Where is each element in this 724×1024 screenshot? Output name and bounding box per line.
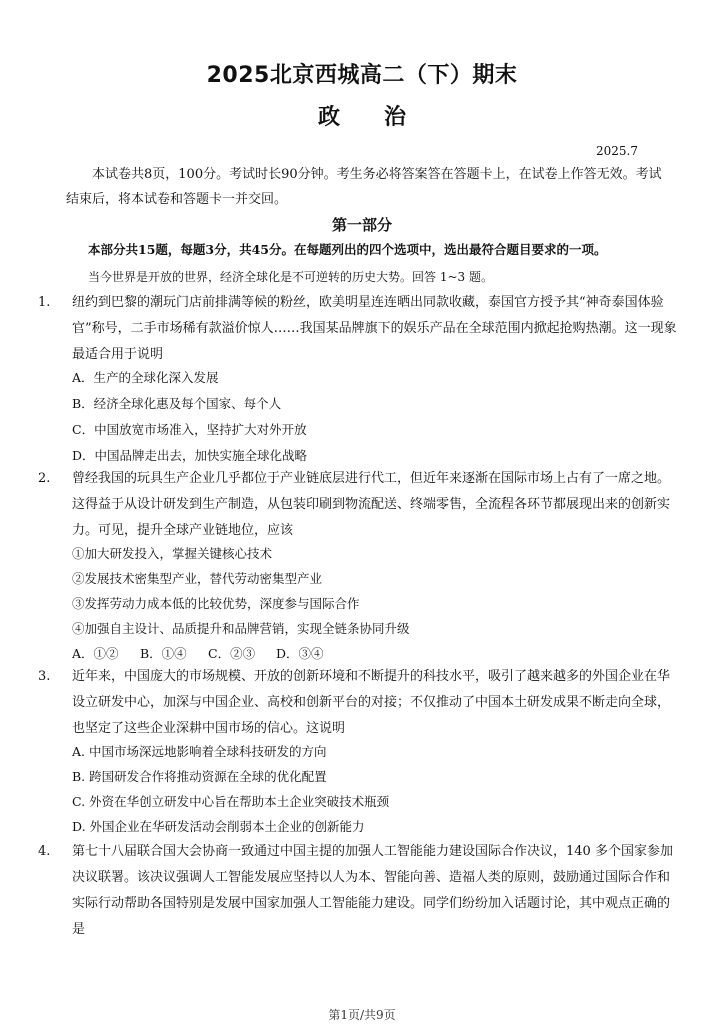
option-d: D. 外国企业在华研发活动会削弱本土企业的创新能力 <box>72 817 365 835</box>
question-number: 4. <box>38 839 50 865</box>
option-d: D．③④ <box>276 644 344 662</box>
subject-char: 政 <box>318 105 340 130</box>
option-c: C．中国放宽市场准入，坚持扩大对外开放 <box>72 420 307 438</box>
question-number: 2. <box>38 466 50 492</box>
statement-4: ④加强自主设计、品质提升和品牌营销，实现全链条协同升级 <box>72 619 410 637</box>
option-a: A．①② <box>72 644 140 662</box>
option-b: B．经济全球化惠及每个国家、每个人 <box>72 394 281 412</box>
question-1: 1. 纽约到巴黎的潮玩门店前排满等候的粉丝，欧美明星连连晒出同款收藏，泰国官方授… <box>38 290 678 368</box>
question-2: 2. 曾经我国的玩具生产企业几乎都位于产业链底层进行代工，但近年来逐渐在国际市场… <box>38 466 678 544</box>
question-stem: 纽约到巴黎的潮玩门店前排满等候的粉丝，欧美明星连连晒出同款收藏，泰国官方授予其“… <box>72 290 678 368</box>
question-stem: 曾经我国的玩具生产企业几乎都位于产业链底层进行代工，但近年来逐渐在国际市场上占有… <box>72 466 678 544</box>
statement-2: ②发展技术密集型产业，替代劳动密集型产业 <box>72 569 322 587</box>
option-b: B. 跨国研发合作将推动资源在全球的优化配置 <box>72 767 327 785</box>
statement-1: ①加大研发投入，掌握关键核心技术 <box>72 544 272 562</box>
option-c: C．②③ <box>208 644 276 662</box>
option-a: A．生产的全球化深入发展 <box>72 368 219 386</box>
page-footer: 第1页/共9页 <box>0 1006 724 1023</box>
statement-3: ③发挥劳动力成本低的比较优势，深度参与国际合作 <box>72 594 360 612</box>
exam-intro: 本试卷共8页，100分。考试时长90分钟。考生务必将答案答在答题卡上，在试卷上作… <box>66 162 666 212</box>
option-d: D．中国品牌走出去，加快实施全球化战略 <box>72 446 307 464</box>
subject-title: 政治 <box>0 100 724 131</box>
group-lead: 当今世界是开放的世界，经济全球化是不可逆转的历史大势。回答 1~3 题。 <box>88 268 493 285</box>
exam-title: 2025北京西城高二（下）期末 <box>0 58 724 89</box>
question-number: 3. <box>38 664 50 690</box>
option-c: C. 外资在华创立研发中心旨在帮助本土企业突破技术瓶颈 <box>72 792 389 810</box>
option-b: B．①④ <box>140 644 208 662</box>
question-number: 1. <box>38 290 50 316</box>
question-stem: 第七十八届联合国大会协商一致通过中国主提的加强人工智能能力建设国际合作决议，14… <box>72 839 678 943</box>
part-title: 第一部分 <box>0 214 724 235</box>
question-stem: 近年来，中国庞大的市场规模、开放的创新环境和不断提升的科技水平，吸引了越来越多的… <box>72 664 678 742</box>
question-4: 4. 第七十八届联合国大会协商一致通过中国主提的加强人工智能能力建设国际合作决议… <box>38 839 678 943</box>
option-a: A. 中国市场深远地影响着全球科技研发的方向 <box>72 742 326 760</box>
subject-char: 治 <box>384 105 406 130</box>
exam-date: 2025.7 <box>596 144 638 158</box>
part-instruction: 本部分共15题，每题3分，共45分。在每题列出的四个选项中，选出最符合题目要求的… <box>88 240 607 258</box>
options-row: A．①②B．①④C．②③D．③④ <box>72 644 344 662</box>
question-3: 3. 近年来，中国庞大的市场规模、开放的创新环境和不断提升的科技水平，吸引了越来… <box>38 664 678 742</box>
